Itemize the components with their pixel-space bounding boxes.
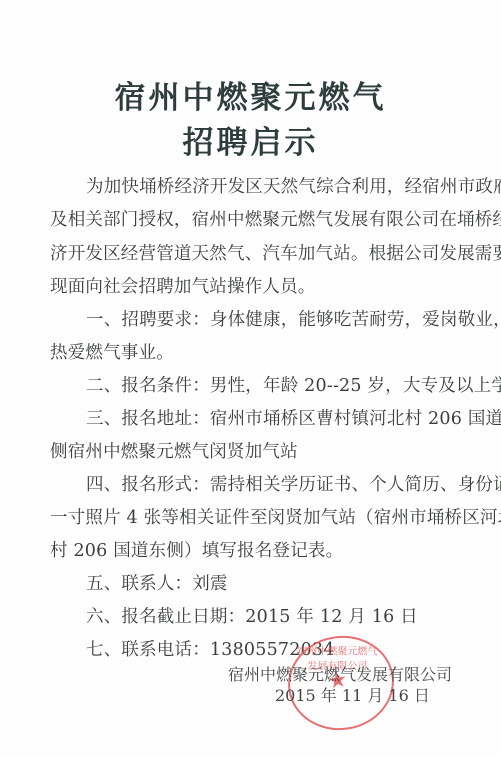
signature-company: 宿州中燃聚元燃气发展有限公司 xyxy=(228,662,452,685)
form-line-1: 四、报名形式：需持相关学历证书、个人简历、身份证、 xyxy=(86,471,501,496)
title-line-1: 宿州中燃聚元燃气 xyxy=(0,72,501,117)
deadline-line: 六、报名截止日期：2015 年 12 月 16 日 xyxy=(86,603,418,628)
conditions-line: 二、报名条件：男性，年龄 20--25 岁，大专及以上学历。 xyxy=(86,372,501,397)
form-line-2: 一寸照片 4 张等相关证件至闵贤加气站（宿州市埇桥区河北 xyxy=(50,504,501,529)
intro-line-1: 为加快埇桥经济开发区天然气综合利用，经宿州市政府 xyxy=(86,173,501,198)
requirements-line-2: 热爱燃气事业。 xyxy=(50,339,174,364)
signature-date: 2015 年 11 月 16 日 xyxy=(275,683,430,706)
contact-line: 五、联系人：刘震 xyxy=(86,570,228,595)
address-line-1: 三、报名地址：宿州市埇桥区曹村镇河北村 206 国道东 xyxy=(86,405,501,430)
intro-line-2: 及相关部门授权，宿州中燃聚元燃气发展有限公司在埇桥经 xyxy=(50,206,501,231)
intro-line-3: 济开发区经营管道天然气、汽车加气站。根据公司发展需要， xyxy=(50,240,501,265)
address-line-2: 侧宿州中燃聚元燃气闵贤加气站 xyxy=(50,438,298,463)
document-page: 宿州中燃聚元燃气 招聘启示 为加快埇桥经济开发区天然气综合利用，经宿州市政府 及… xyxy=(0,0,501,757)
intro-line-4: 现面向社会招聘加气站操作人员。 xyxy=(50,273,316,298)
title-line-2: 招聘启示 xyxy=(0,117,501,162)
form-line-3: 村 206 国道东侧）填写报名登记表。 xyxy=(50,537,343,562)
requirements-line-1: 一、招聘要求：身体健康，能够吃苦耐劳，爱岗敬业， xyxy=(86,306,501,331)
